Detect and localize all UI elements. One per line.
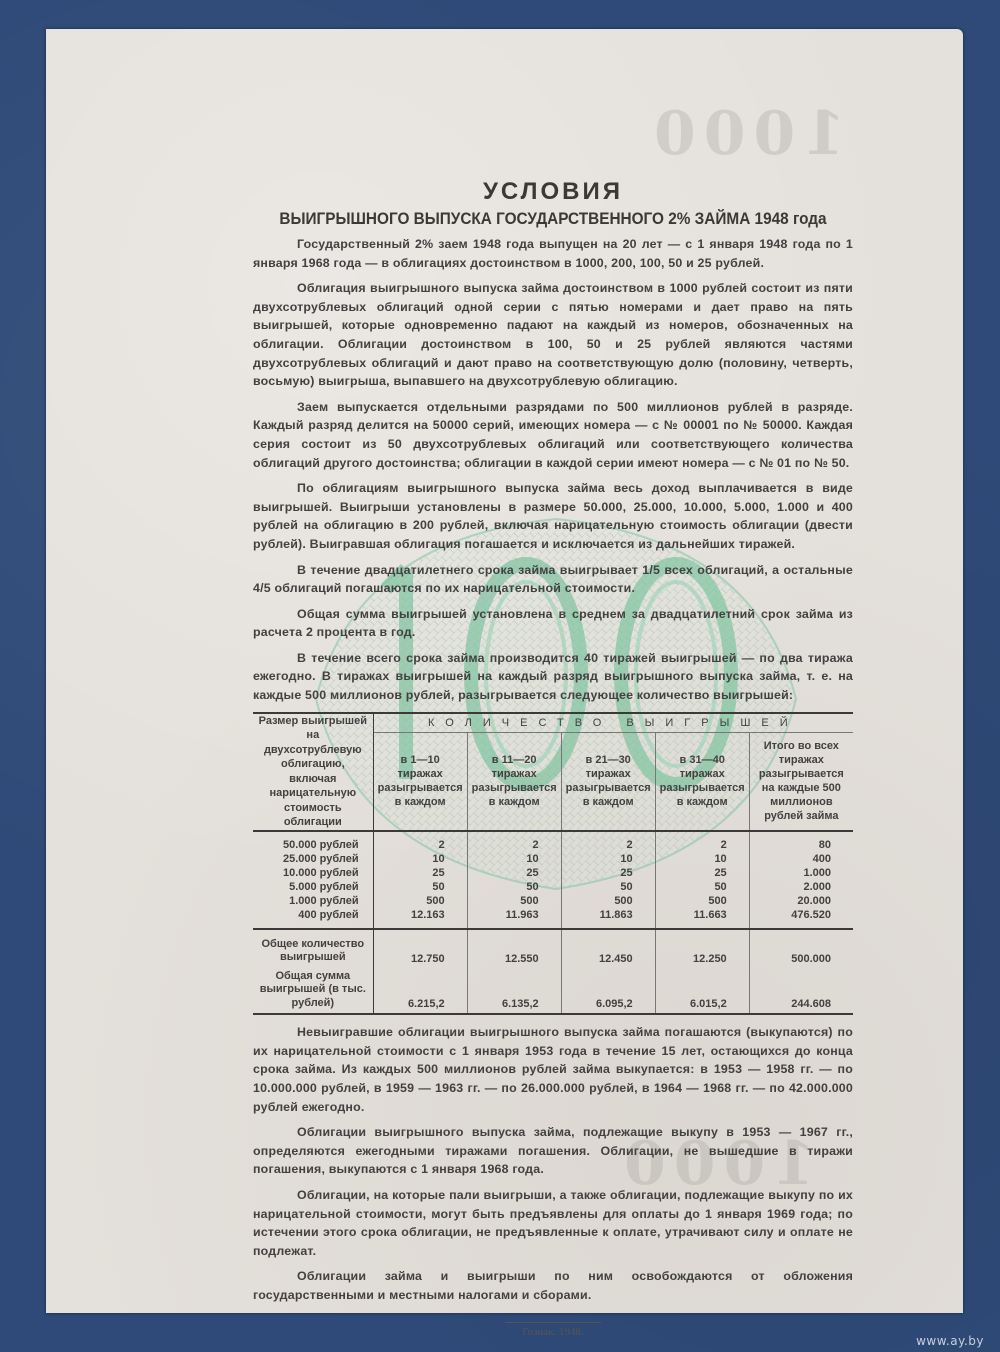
count-cell: 2: [561, 831, 655, 852]
prize-size-cell: 1.000 рублей: [253, 894, 373, 908]
page-subtitle: ВЫИГРЫШНОГО ВЫПУСКА ГОСУДАРСТВЕННОГО 2% …: [274, 207, 832, 231]
paragraph-fraction: В течение двадцатилетнего срока займа вы…: [253, 561, 853, 598]
paragraph-winnings: По облигациям выигрышного выпуска займа …: [253, 479, 853, 553]
total-value-cell: 6.015,2: [655, 968, 749, 1015]
count-cell: 500: [373, 894, 467, 908]
prize-size-cell: 25.000 рублей: [253, 852, 373, 866]
count-cell: 2: [373, 831, 467, 852]
embossed-denomination-top: 1000: [646, 99, 845, 169]
total-value-cell: 6.135,2: [467, 968, 561, 1015]
prize-size-cell: 10.000 рублей: [253, 866, 373, 880]
table-total-row: Общая сумма выигрышей (в тыс. рублей)6.2…: [253, 968, 853, 1015]
count-cell: 500: [561, 894, 655, 908]
total-value-cell: 244.608: [749, 968, 853, 1015]
table-row: 5.000 рублей505050502.000: [253, 880, 853, 894]
count-cell: 80: [749, 831, 853, 852]
count-cell: 2: [655, 831, 749, 852]
paragraph-series: Заем выпускается отдельными разрядами по…: [253, 398, 853, 472]
count-cell: 10: [561, 852, 655, 866]
paragraph-redemption: Невыигравшие облигации выигрышного выпус…: [253, 1023, 853, 1116]
count-cell: 25: [373, 866, 467, 880]
count-cell: 10: [373, 852, 467, 866]
total-value-cell: 6.215,2: [373, 968, 467, 1015]
prize-size-cell: 5.000 рублей: [253, 880, 373, 894]
count-cell: 50: [655, 880, 749, 894]
table-total-row: Общее количество выигрышей12.75012.55012…: [253, 929, 853, 968]
total-value-cell: 6.095,2: [561, 968, 655, 1015]
count-cell: 10: [655, 852, 749, 866]
count-cell: 12.163: [373, 908, 467, 929]
table-row: 400 рублей12.16311.96311.86311.663476.52…: [253, 908, 853, 929]
paragraph-draws: В течение всего срока займа производится…: [253, 649, 853, 705]
count-cell: 2: [467, 831, 561, 852]
site-watermark: www.ay.by: [916, 1334, 984, 1348]
table-header-prize-size: Размер выигрышей на двухсотрублевую обли…: [253, 713, 373, 831]
printer-imprint: Гознак, 1948.: [253, 1326, 853, 1338]
paragraph-payment-deadline: Облигации, на которые пали выигрыши, а т…: [253, 1186, 853, 1260]
footer-divider: [505, 1322, 601, 1323]
table-header-draws-21-30: в 21—30 тиражах разыгрывается в каждом: [561, 732, 655, 831]
paragraph-term: Государственный 2% заем 1948 года выпуще…: [253, 235, 853, 272]
table-row: 50.000 рублей222280: [253, 831, 853, 852]
count-cell: 25: [655, 866, 749, 880]
count-cell: 25: [561, 866, 655, 880]
winnings-table: Размер выигрышей на двухсотрублевую обли…: [253, 712, 853, 1016]
count-cell: 476.520: [749, 908, 853, 929]
table-row: 10.000 рублей252525251.000: [253, 866, 853, 880]
paragraph-rate: Общая сумма выигрышей установлена в сред…: [253, 605, 853, 642]
count-cell: 2.000: [749, 880, 853, 894]
count-cell: 11.863: [561, 908, 655, 929]
table-header-total: Итого во всех тиражах разыгрывается на к…: [749, 732, 853, 831]
total-value-cell: 12.250: [655, 929, 749, 968]
prize-size-cell: 50.000 рублей: [253, 831, 373, 852]
table-row: 25.000 рублей10101010400: [253, 852, 853, 866]
count-cell: 400: [749, 852, 853, 866]
count-cell: 25: [467, 866, 561, 880]
count-cell: 50: [561, 880, 655, 894]
count-cell: 500: [655, 894, 749, 908]
table-header-group: КОЛИЧЕСТВО ВЫИГРЫШЕЙ: [373, 713, 853, 733]
total-value-cell: 12.750: [373, 929, 467, 968]
total-value-cell: 500.000: [749, 929, 853, 968]
paragraph-tax-exemption: Облигации займа и выигрыши по ним освобо…: [253, 1267, 853, 1304]
prize-size-cell: 400 рублей: [253, 908, 373, 929]
table-header-draws-11-20: в 11—20 тиражах разыгрывается в каждом: [467, 732, 561, 831]
count-cell: 11.963: [467, 908, 561, 929]
table-header-draws-31-40: в 31—40 тиражах разыгрывается в каждом: [655, 732, 749, 831]
count-cell: 10: [467, 852, 561, 866]
count-cell: 50: [373, 880, 467, 894]
page-title: УСЛОВИЯ: [253, 177, 853, 207]
bond-back-page: 1000 1000 УСЛОВИЯ ВЫИГРЫШНОГО ВЫПУСКА ГО…: [46, 29, 963, 1313]
total-value-cell: 12.450: [561, 929, 655, 968]
paragraph-redemption-draws: Облигации выигрышного выпуска займа, под…: [253, 1123, 853, 1179]
total-label-cell: Общая сумма выигрышей (в тыс. рублей): [253, 968, 373, 1015]
total-label-cell: Общее количество выигрышей: [253, 929, 373, 968]
table-row: 1.000 рублей50050050050020.000: [253, 894, 853, 908]
bond-conditions: УСЛОВИЯ ВЫИГРЫШНОГО ВЫПУСКА ГОСУДАРСТВЕН…: [253, 177, 853, 1338]
count-cell: 50: [467, 880, 561, 894]
total-value-cell: 12.550: [467, 929, 561, 968]
count-cell: 500: [467, 894, 561, 908]
count-cell: 20.000: [749, 894, 853, 908]
count-cell: 1.000: [749, 866, 853, 880]
paragraph-denominations: Облигация выигрышного выпуска займа дост…: [253, 279, 853, 391]
count-cell: 11.663: [655, 908, 749, 929]
table-header-draws-1-10: в 1—10 тиражах разыгрывается в каждом: [373, 732, 467, 831]
